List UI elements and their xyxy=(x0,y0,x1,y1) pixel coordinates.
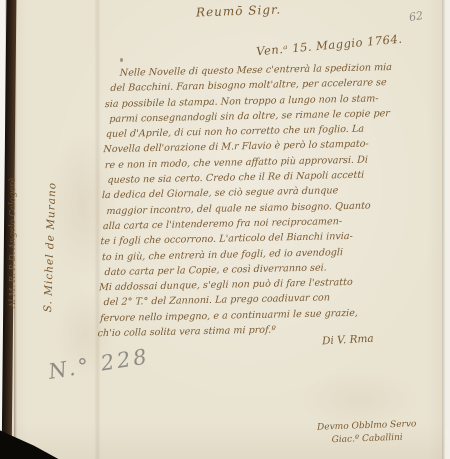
ink-speck xyxy=(120,58,123,62)
letter-salutation-heading: Reumō Sigr. xyxy=(196,3,282,20)
letter-body: Nelle Novelle di questo Mese c'entrerà l… xyxy=(99,59,448,342)
signature-block: Devmo Obblmo Servo Giac.º Caballini xyxy=(292,417,443,448)
manuscript-letter-scan: Reumō Sigr. 62 Ven.ᵃ 15. Maggio 1764. Ne… xyxy=(0,0,450,459)
paper-crease xyxy=(94,0,101,459)
margin-address-recipient: Al M. R. P. D. Angelo Calogerà xyxy=(8,83,18,308)
pencil-folio-number: 62 xyxy=(408,9,424,24)
